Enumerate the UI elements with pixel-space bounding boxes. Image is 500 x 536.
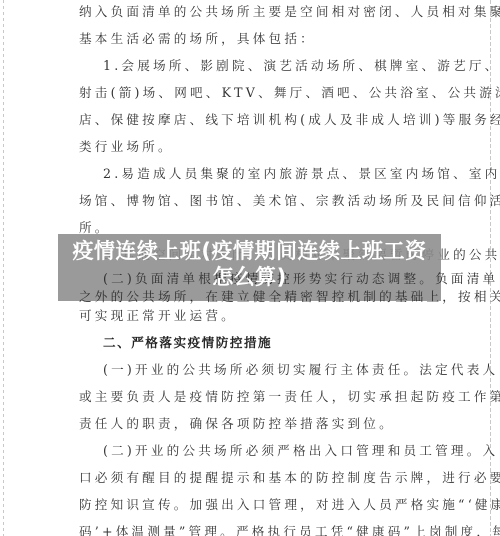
document-line: 之外的公共场所，在建立健全精密智控机制的基础上，按相关规定 (79, 289, 500, 305)
scan-edge-left (3, 0, 4, 536)
document-line: 口必须有醒目的提醒提示和基本的防控制度告示牌，进行必要的 (79, 470, 500, 486)
document-line: 店、保健按摩店、线下培训机构(成人及非成人培训)等服务经营 (79, 112, 500, 128)
document-line: (二)开业的公共场所必须严格出入口管理和员工管理。入 (103, 443, 498, 459)
document-line: 责任人的职责，确保各项防控举措落实到位。 (79, 416, 395, 432)
document-line: 1.会展场所、影剧院、演艺活动场所、棋牌室、游艺厅、音乐厅、 (103, 58, 500, 74)
document-line: 码’+体温测量”管理。严格执行员工凭“健康码”上岗制度，每日 (79, 524, 500, 536)
document-line: 场馆、博物馆、图书馆、美术馆、宗教活动场所及民间信仰活动场 (79, 193, 500, 209)
document-line: 纳入负面清单的公共场所主要是空间相对密闭、人员相对集聚、非 (79, 4, 500, 20)
document-line: (一)开业的公共场所必须切实履行主体责任。法定代表人 (103, 362, 498, 378)
document-line: 2.易造成人员集聚的室内旅游景点、景区室内场馆、室内体育 (103, 166, 500, 182)
overlay-title-line-2: 怎么算) (58, 264, 441, 290)
overlay-title-line-1: 疫情连续上班(疫情期间连续上班工资 (52, 238, 447, 264)
title-overlay-banner: (二)负面清单根据疫情防控形势实行动态调整。负面清单之外的公共场所，在建立健全精… (58, 234, 441, 301)
document-line: 基本生活必需的场所，具体包括： (79, 31, 316, 47)
document-line: 或主要负责人是疫情防控第一责任人，切实承担起防疫工作第一 (79, 389, 500, 405)
document-line: 类行业场所。 (79, 139, 174, 155)
document-line: 防控知识宣传。加强出入口管理，对进入人员严格实施“‘健康 (79, 497, 500, 513)
document-line: 可实现正常开业运营。 (79, 308, 237, 324)
section-heading: 二、严格落实疫情防控措施 (103, 335, 272, 351)
document-line: 射击(箭)场、网吧、KTV、舞厅、酒吧、公共浴室、公共游泳馆、足浴 (79, 85, 500, 101)
